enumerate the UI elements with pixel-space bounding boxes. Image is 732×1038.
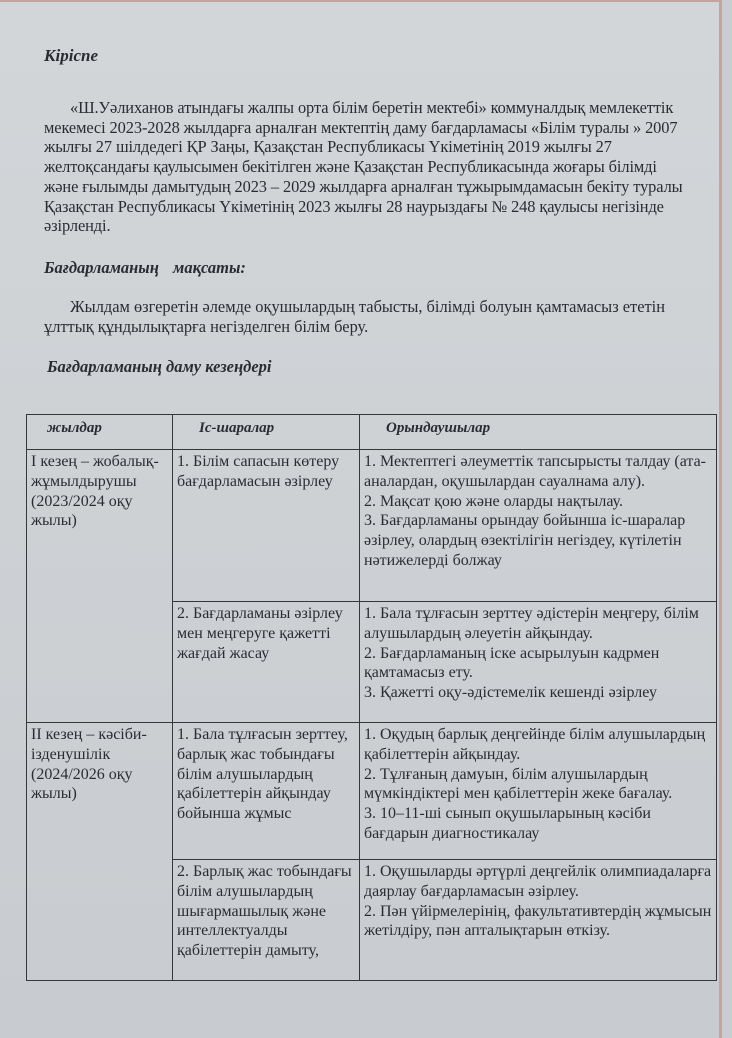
- executor-item: 3. Қажетті оқу-әдістемелік кешенді әзірл…: [364, 683, 712, 703]
- header-years: жылдар: [27, 415, 173, 450]
- section-title: Кіріспе: [44, 46, 98, 66]
- executor-item: 1. Оқушыларды әртүрлі деңгейлік олимпиад…: [364, 862, 712, 902]
- action-cell: 1. Білім сапасын көтеру бағдарламасын әз…: [173, 450, 360, 602]
- action-cell: 1. Бала тұлғасын зерттеу, барлық жас тоб…: [173, 723, 360, 860]
- table-header-row: жылдар Іс-шаралар Орындаушылар: [27, 415, 717, 450]
- executors-cell: 1. Бала тұлғасын зерттеу әдістерін меңге…: [360, 602, 717, 723]
- executor-item: 3. Бағдарламаны орындау бойынша іс-шарал…: [364, 511, 712, 570]
- executors-cell: 1. Мектептегі әлеуметтік тапсырысты талд…: [360, 450, 717, 602]
- executor-item: 1. Мектептегі әлеуметтік тапсырысты талд…: [364, 452, 712, 492]
- header-actions: Іс-шаралар: [173, 415, 360, 450]
- executors-cell: 1. Оқушыларды әртүрлі деңгейлік олимпиад…: [360, 860, 717, 981]
- executor-item: 2. Бағдарламаның іске асырылуын кадрмен …: [364, 644, 712, 684]
- goal-paragraph: Жылдам өзгеретін әлемде оқушылардың табы…: [44, 297, 684, 337]
- executor-item: 3. 10–11-ші сынып оқушыларының кәсіби ба…: [364, 804, 712, 844]
- intro-paragraph: «Ш.Уәлиханов атындағы жалпы орта білім б…: [44, 98, 684, 236]
- table-row: ІІ кезең – кәсіби-ізденушілік (2024/2026…: [27, 723, 717, 860]
- document-page: Кіріспе «Ш.Уәлиханов атындағы жалпы орта…: [0, 0, 722, 1038]
- stages-heading: Бағдарламаның даму кезеңдері: [47, 357, 271, 377]
- executor-item: 2. Пән үйірмелерінің, факультативтердің …: [364, 902, 712, 942]
- development-stages-table: жылдар Іс-шаралар Орындаушылар І кезең –…: [26, 414, 717, 981]
- header-executors: Орындаушылар: [360, 415, 717, 450]
- executor-item: 1. Бала тұлғасын зерттеу әдістерін меңге…: [364, 604, 712, 644]
- executor-item: 2. Мақсат қою және оларды нақтылау.: [364, 492, 712, 512]
- stage-cell: ІІ кезең – кәсіби-ізденушілік (2024/2026…: [27, 723, 173, 981]
- table-row: І кезең – жобалық-жұмылдырушы (2023/2024…: [27, 450, 717, 602]
- goal-heading: Бағдарламаның мақсаты:: [44, 258, 246, 278]
- action-cell: 2. Бағдарламаны әзірлеу мен меңгеруге қа…: [173, 602, 360, 723]
- executors-cell: 1. Оқудың барлық деңгейінде білім алушыл…: [360, 723, 717, 860]
- executor-item: 1. Оқудың барлық деңгейінде білім алушыл…: [364, 725, 712, 765]
- stage-cell: І кезең – жобалық-жұмылдырушы (2023/2024…: [27, 450, 173, 723]
- executor-item: 2. Тұлғаның дамуын, білім алушылардың мү…: [364, 765, 712, 805]
- action-cell: 2. Барлық жас тобындағы білім алушыларды…: [173, 860, 360, 981]
